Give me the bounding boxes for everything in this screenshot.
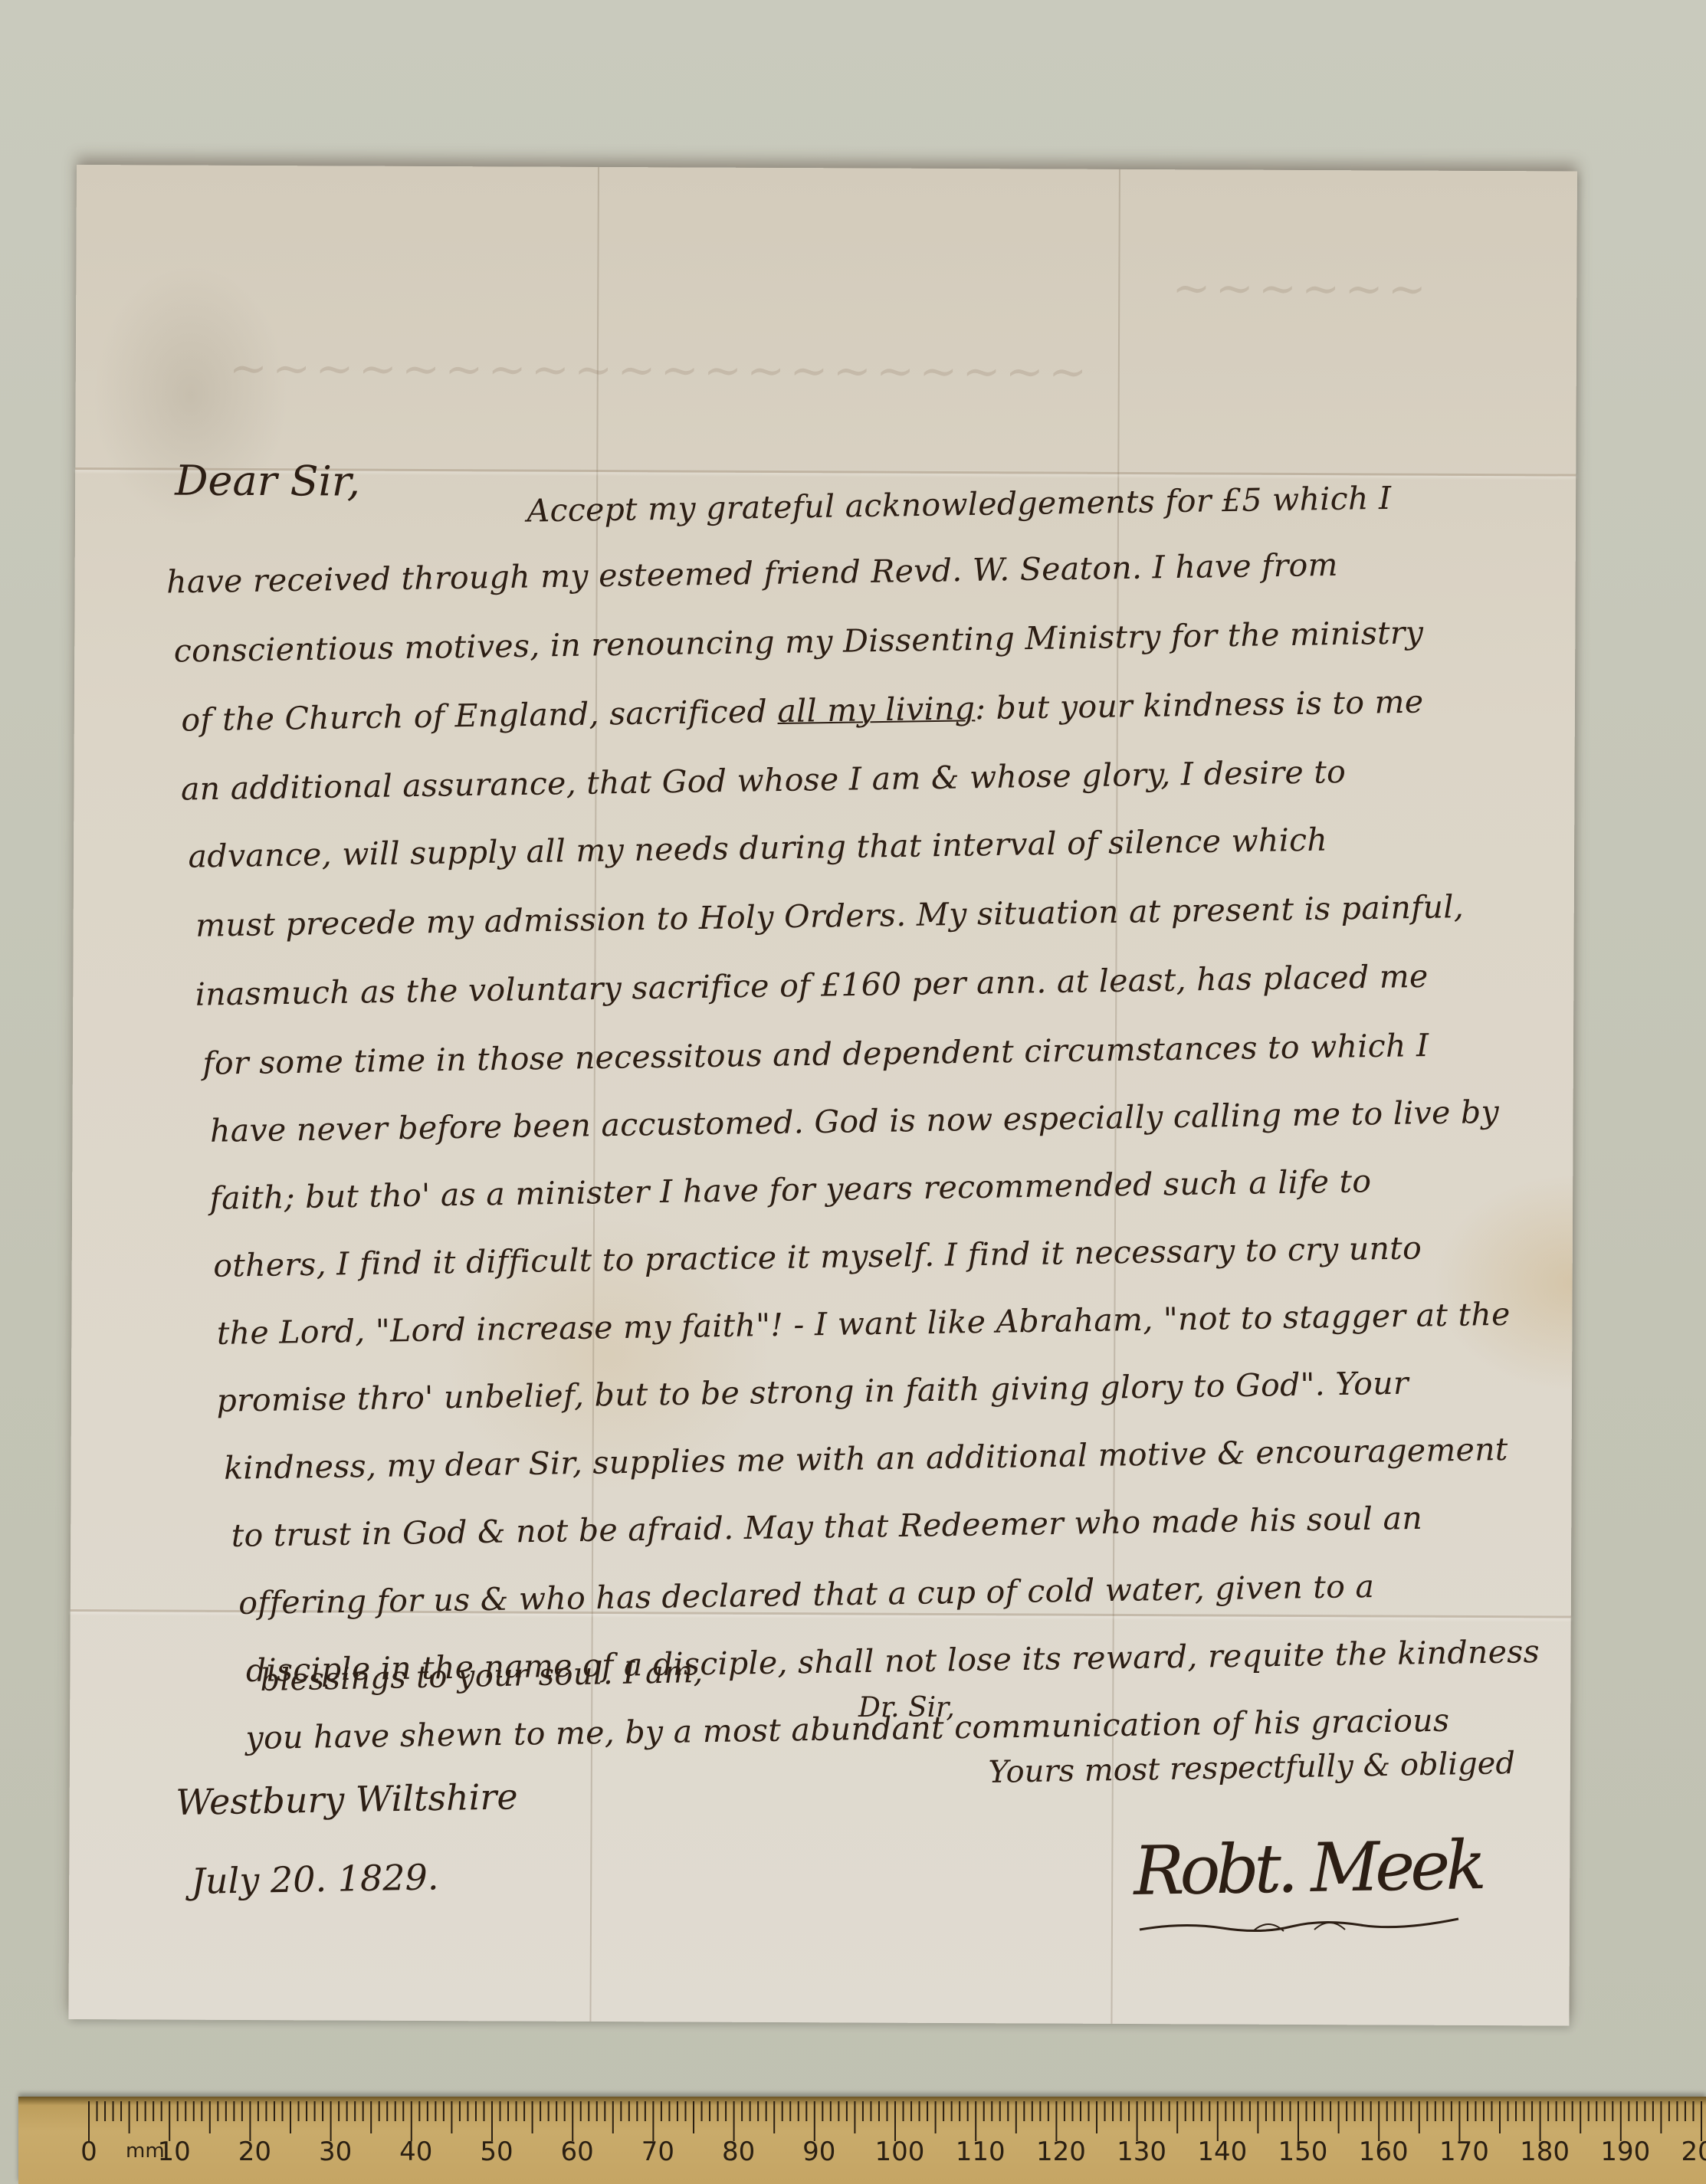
- measurement-ruler: mm 0102030405060708090100110120130140150…: [18, 2097, 1706, 2184]
- letter-line: for some time in those necessitous and d…: [202, 1027, 1429, 1082]
- signature: Robt. Meek: [1133, 1825, 1482, 1910]
- ruler-label: 190: [1600, 2136, 1650, 2167]
- letter-line: an additional assurance, that God whose …: [181, 753, 1347, 808]
- ruler-label: 0: [80, 2136, 97, 2167]
- signature-flourish: [1138, 1914, 1460, 1937]
- letter-line: inasmuch as the voluntary sacrifice of £…: [195, 958, 1428, 1013]
- ruler-label: 20: [238, 2136, 271, 2167]
- letter-line: others, I find it difficult to practice …: [213, 1229, 1422, 1284]
- place-of-writing: Westbury Wiltshire: [176, 1776, 518, 1823]
- ruler-label: 70: [641, 2136, 674, 2167]
- ruler-label: 60: [561, 2136, 594, 2167]
- letter-sheet: ~~~~~~ ~~~~~~~~~~~~~~~~~~~~ Dear Sir, Ac…: [68, 165, 1577, 2026]
- letter-line-text: : but your kindness is to me: [975, 684, 1424, 727]
- vertical-fold: [1111, 169, 1120, 2024]
- ruler-label: 200: [1681, 2136, 1706, 2167]
- closing-dear-sir: Dr. Sir,: [858, 1692, 955, 1723]
- ruler-label: 100: [875, 2136, 925, 2167]
- bleed-through-address: ~~~~~~~~~~~~~~~~~~~~: [229, 342, 1092, 399]
- letter-line: conscientious motives, in renouncing my …: [173, 614, 1423, 669]
- letter-line: Accept my grateful acknowledgements for …: [527, 480, 1392, 530]
- ruler-label: 140: [1197, 2136, 1247, 2167]
- ruler-label: 160: [1359, 2136, 1409, 2167]
- letter-line: the Lord, "Lord increase my faith"! - I …: [217, 1296, 1511, 1352]
- salutation: Dear Sir,: [175, 457, 360, 506]
- ruler-label: 80: [722, 2136, 755, 2167]
- ruler-label: 110: [956, 2136, 1006, 2167]
- letter-line: you have shewn to me, by a most abundant…: [245, 1702, 1449, 1756]
- letter-line: have received through my esteemed friend…: [166, 546, 1338, 601]
- letter-line: promise thro' unbelief, but to be strong…: [216, 1365, 1409, 1419]
- ruler-label: 120: [1036, 2136, 1086, 2167]
- ruler-label: 90: [802, 2136, 835, 2167]
- bleed-through-address: ~~~~~~: [1172, 261, 1431, 316]
- letter-line: to trust in God & not be afraid. May tha…: [231, 1500, 1422, 1554]
- letter-line: advance, will supply all my needs during…: [188, 821, 1327, 875]
- letter-line-text: of the Church of England, sacrificed: [181, 693, 778, 739]
- letter-date: July 20. 1829.: [191, 1856, 439, 1902]
- ruler-label: 170: [1439, 2136, 1489, 2167]
- letter-line: of the Church of England, sacrificed all…: [181, 684, 1424, 739]
- underlined-phrase: all my living: [777, 690, 976, 730]
- letter-line: faith; but tho' as a minister I have for…: [209, 1163, 1371, 1216]
- letter-line: have never before been accustomed. God i…: [210, 1094, 1500, 1149]
- ruler-label: 180: [1520, 2136, 1570, 2167]
- ruler-label: 50: [480, 2136, 513, 2167]
- ruler-label: 150: [1278, 2136, 1328, 2167]
- ruler-label: 40: [399, 2136, 432, 2167]
- ruler-label: 30: [319, 2136, 352, 2167]
- letter-line: must precede my admission to Holy Orders…: [195, 888, 1465, 944]
- letter-line: kindness, my dear Sir, supplies me with …: [224, 1431, 1508, 1487]
- ruler-label: 10: [158, 2136, 191, 2167]
- ruler-label: 130: [1117, 2136, 1166, 2167]
